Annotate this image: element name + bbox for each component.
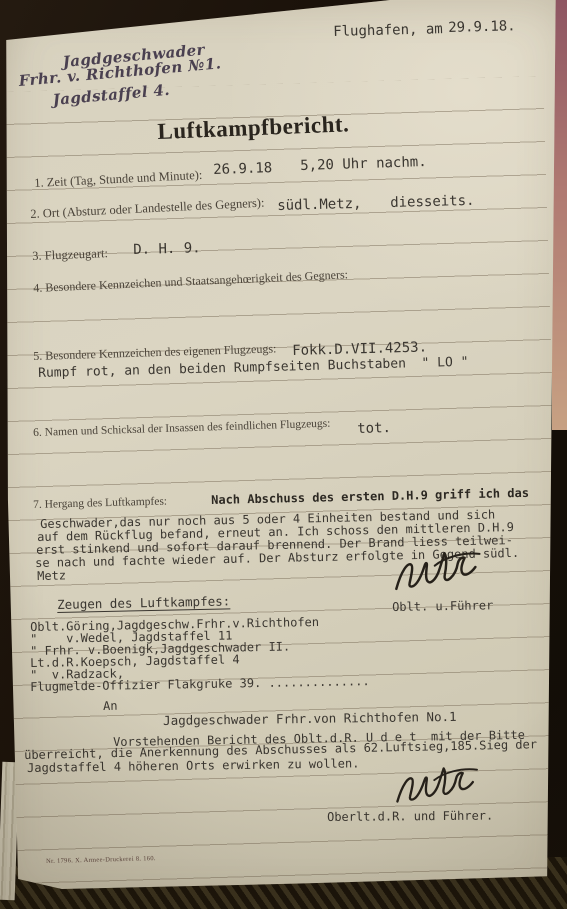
field-aircraft-type-value: D. H. 9. xyxy=(133,240,201,258)
photo-background: Flughafen, am 29.9.18. Jagdgeschwader Fr… xyxy=(0,0,567,909)
field-crew-fate-value: tot. xyxy=(357,420,391,437)
narrative-line-5: Metz xyxy=(37,568,66,583)
field-aircraft-type-label: 3. Flugzeugart: xyxy=(32,246,108,264)
field-location-value: südl.Metz, xyxy=(277,196,362,214)
signature-caption-bottom: Oberlt.d.R. und Führer. xyxy=(327,809,493,824)
forward-an: An xyxy=(103,699,118,713)
field-time-date-value: 26.9.18 xyxy=(213,160,272,178)
dateline-label: Flughafen, am xyxy=(333,21,443,40)
field-location-side-value: diesseits. xyxy=(390,193,475,211)
signature-caption-top: Oblt. u.Führer xyxy=(392,598,493,614)
dateline-date: 29.9.18. xyxy=(448,18,516,36)
